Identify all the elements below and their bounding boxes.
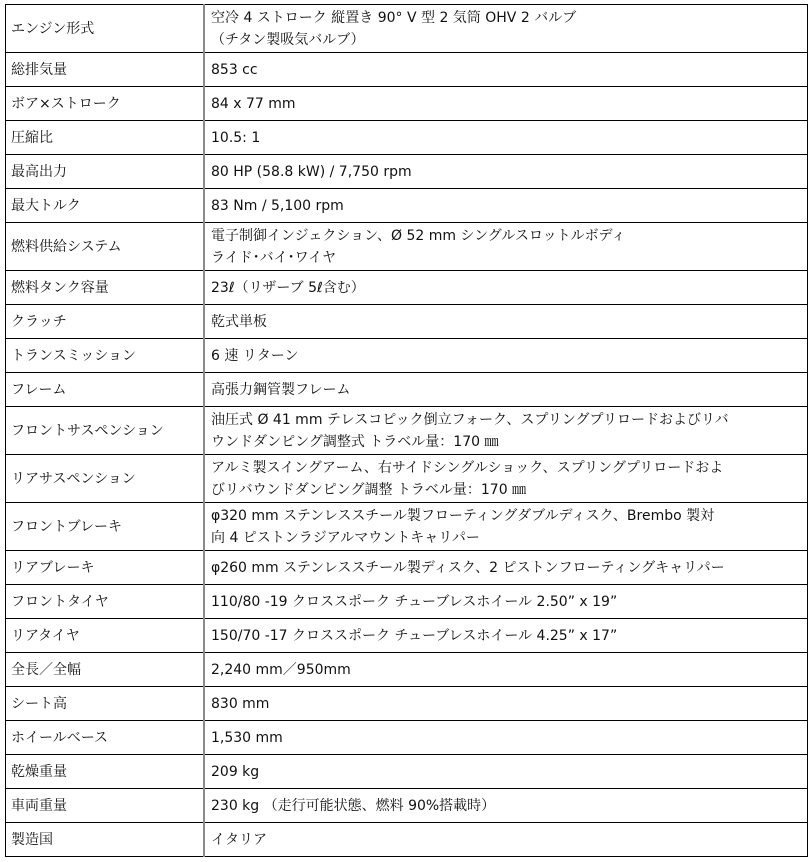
spec-label: 圧縮比 — [6, 121, 205, 155]
spec-value: 84 x 77 mm — [204, 87, 808, 121]
spec-label: フロントサスペンション — [6, 407, 205, 455]
spec-row-wheelbase: ホイールベース 1,530 mm — [6, 721, 808, 755]
spec-label: クラッチ — [6, 305, 205, 339]
spec-value: 23ℓ（リザーブ 5ℓ含む） — [204, 271, 808, 305]
spec-value-line: ウンドダンピング調整式 トラベル量：170 ㎜ — [211, 431, 807, 453]
spec-value: 83 Nm / 5,100 rpm — [204, 189, 808, 223]
spec-value: アルミ製スイングアーム、右サイドシングルショック、スプリングプリロードおよ びリ… — [204, 455, 808, 503]
spec-label: トランスミッション — [6, 339, 205, 373]
spec-row-engine-type: エンジン形式 空冷 4 ストローク 縦置き 90° V 型 2 気筒 OHV 2… — [6, 5, 808, 53]
spec-value: イタリア — [204, 823, 808, 857]
spec-label: 燃料供給システム — [6, 223, 205, 271]
spec-value: 853 cc — [204, 53, 808, 87]
spec-label: 最高出力 — [6, 155, 205, 189]
spec-label: シート高 — [6, 687, 205, 721]
spec-label: 燃料タンク容量 — [6, 271, 205, 305]
spec-label: リアサスペンション — [6, 455, 205, 503]
spec-value: 電子制御インジェクション、Ø 52 mm シングルスロットルボディ ライド･バイ… — [204, 223, 808, 271]
spec-row-transmission: トランスミッション 6 速 リターン — [6, 339, 808, 373]
spec-value-line: びリバウンドダンピング調整 トラベル量：170 ㎜ — [211, 479, 807, 501]
spec-value: 110/80 -19 クロススポーク チューブレスホイール 2.50” x 19… — [204, 585, 808, 619]
spec-value: 油圧式 Ø 41 mm テレスコピック倒立フォーク、スプリングプリロードおよびリ… — [204, 407, 808, 455]
spec-label: 乾燥重量 — [6, 755, 205, 789]
spec-value: 1,530 mm — [204, 721, 808, 755]
spec-value-line: ライド･バイ･ワイヤ — [211, 247, 807, 269]
spec-value-line: （チタン製吸気バルブ） — [211, 29, 807, 51]
spec-row-fuel-tank: 燃料タンク容量 23ℓ（リザーブ 5ℓ含む） — [6, 271, 808, 305]
spec-value: 830 mm — [204, 687, 808, 721]
spec-label: リアタイヤ — [6, 619, 205, 653]
spec-label: 全長／全幅 — [6, 653, 205, 687]
spec-value: 150/70 -17 クロススポーク チューブレスホイール 4.25” x 17… — [204, 619, 808, 653]
spec-row-front-suspension: フロントサスペンション 油圧式 Ø 41 mm テレスコピック倒立フォーク、スプ… — [6, 407, 808, 455]
spec-row-frame: フレーム 高張力鋼管製フレーム — [6, 373, 808, 407]
spec-row-rear-suspension: リアサスペンション アルミ製スイングアーム、右サイドシングルショック、スプリング… — [6, 455, 808, 503]
spec-row-front-tire: フロントタイヤ 110/80 -19 クロススポーク チューブレスホイール 2.… — [6, 585, 808, 619]
spec-row-curb-weight: 車両重量 230 kg （走行可能状態、燃料 90%搭載時） — [6, 789, 808, 823]
spec-row-front-brake: フロントブレーキ φ320 mm ステンレススチール製フローティングダブルディス… — [6, 503, 808, 551]
spec-value: 高張力鋼管製フレーム — [204, 373, 808, 407]
spec-value-line: 電子制御インジェクション、Ø 52 mm シングルスロットルボディ — [211, 225, 807, 247]
spec-label: エンジン形式 — [6, 5, 205, 53]
spec-row-dry-weight: 乾燥重量 209 kg — [6, 755, 808, 789]
spec-label: 車両重量 — [6, 789, 205, 823]
spec-row-clutch: クラッチ 乾式単板 — [6, 305, 808, 339]
spec-label: 最大トルク — [6, 189, 205, 223]
spec-label: 製造国 — [6, 823, 205, 857]
spec-value-line: 向 4 ピストンラジアルマウントキャリパー — [211, 527, 807, 549]
spec-value-line: 油圧式 Ø 41 mm テレスコピック倒立フォーク、スプリングプリロードおよびリ… — [211, 409, 807, 431]
spec-row-rear-brake: リアブレーキ φ260 mm ステンレススチール製ディスク、2 ピストンフローテ… — [6, 551, 808, 585]
spec-value: φ260 mm ステンレススチール製ディスク、2 ピストンフローティングキャリパ… — [204, 551, 808, 585]
spec-value-line: φ320 mm ステンレススチール製フローティングダブルディスク、Brembo … — [211, 505, 807, 527]
spec-table: エンジン形式 空冷 4 ストローク 縦置き 90° V 型 2 気筒 OHV 2… — [5, 4, 808, 857]
spec-row-length-width: 全長／全幅 2,240 mm／950mm — [6, 653, 808, 687]
spec-value: 80 HP (58.8 kW) / 7,750 rpm — [204, 155, 808, 189]
spec-label: ボア×ストローク — [6, 87, 205, 121]
spec-row-max-power: 最高出力 80 HP (58.8 kW) / 7,750 rpm — [6, 155, 808, 189]
spec-label: ホイールベース — [6, 721, 205, 755]
spec-value: φ320 mm ステンレススチール製フローティングダブルディスク、Brembo … — [204, 503, 808, 551]
spec-row-seat-height: シート高 830 mm — [6, 687, 808, 721]
spec-row-fuel-system: 燃料供給システム 電子制御インジェクション、Ø 52 mm シングルスロットルボ… — [6, 223, 808, 271]
spec-row-rear-tire: リアタイヤ 150/70 -17 クロススポーク チューブレスホイール 4.25… — [6, 619, 808, 653]
spec-row-displacement: 総排気量 853 cc — [6, 53, 808, 87]
spec-value-line: 空冷 4 ストローク 縦置き 90° V 型 2 気筒 OHV 2 バルブ — [211, 7, 807, 29]
spec-row-compression-ratio: 圧縮比 10.5: 1 — [6, 121, 808, 155]
spec-value: 2,240 mm／950mm — [204, 653, 808, 687]
spec-value: 乾式単板 — [204, 305, 808, 339]
spec-label: フロントタイヤ — [6, 585, 205, 619]
spec-value: 230 kg （走行可能状態、燃料 90%搭載時） — [204, 789, 808, 823]
spec-value: 10.5: 1 — [204, 121, 808, 155]
spec-label: フロントブレーキ — [6, 503, 205, 551]
spec-value-line: アルミ製スイングアーム、右サイドシングルショック、スプリングプリロードおよ — [211, 457, 807, 479]
spec-label: リアブレーキ — [6, 551, 205, 585]
spec-row-country-of-manufacture: 製造国 イタリア — [6, 823, 808, 857]
spec-value: 6 速 リターン — [204, 339, 808, 373]
spec-label: フレーム — [6, 373, 205, 407]
spec-value: 209 kg — [204, 755, 808, 789]
spec-label: 総排気量 — [6, 53, 205, 87]
spec-row-max-torque: 最大トルク 83 Nm / 5,100 rpm — [6, 189, 808, 223]
spec-row-bore-stroke: ボア×ストローク 84 x 77 mm — [6, 87, 808, 121]
spec-value: 空冷 4 ストローク 縦置き 90° V 型 2 気筒 OHV 2 バルブ （チ… — [204, 5, 808, 53]
